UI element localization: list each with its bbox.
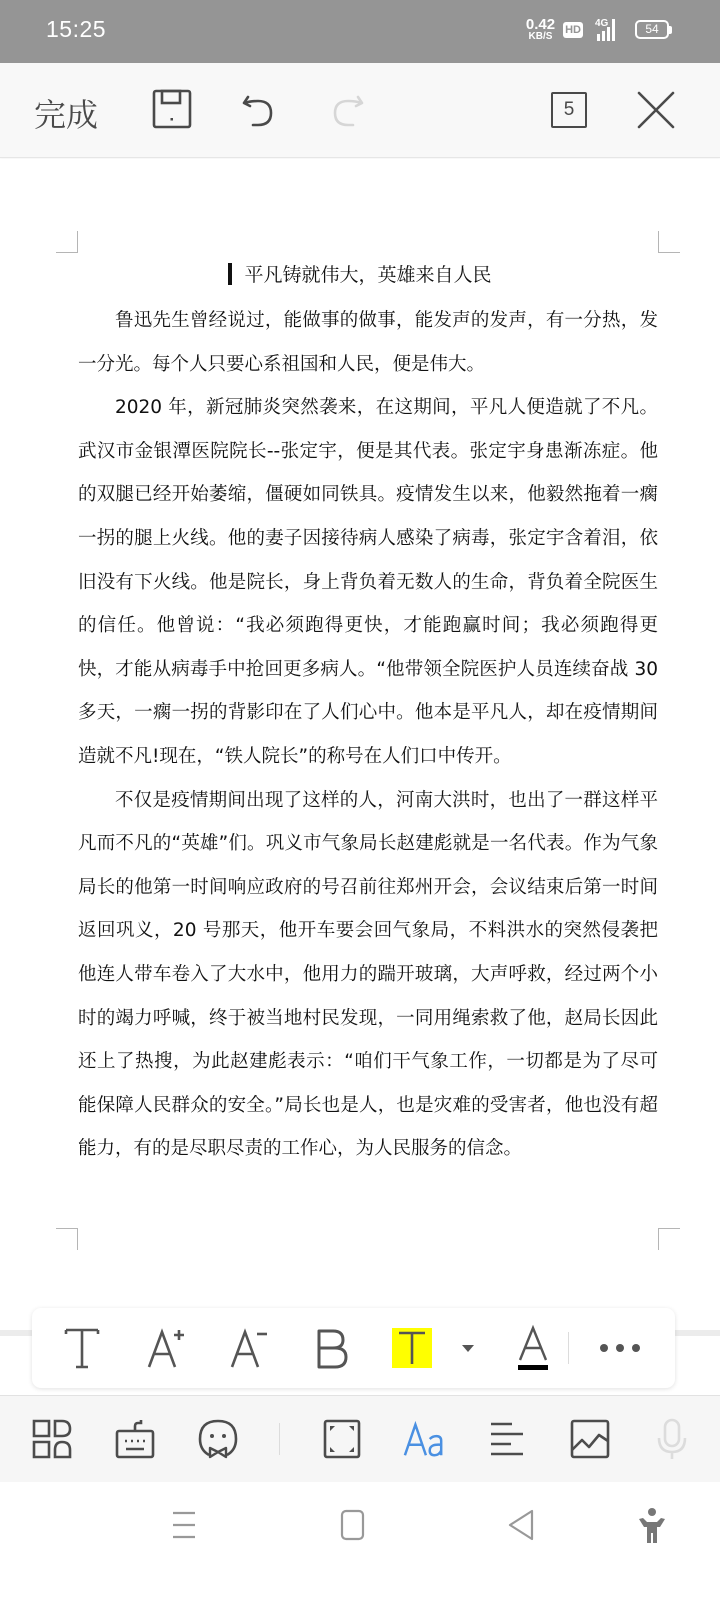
keyboard-icon[interactable] xyxy=(114,1418,156,1460)
toolbar-divider xyxy=(279,1423,280,1455)
network-speed-value: 0.42 xyxy=(526,17,555,32)
signal-icon: 4G xyxy=(591,19,621,41)
paragraph[interactable]: 鲁迅先生曾经说过，能做事的做事，能发声的发声，有一分热，发一分光。每个人只要心系… xyxy=(78,299,658,386)
font-increase-icon xyxy=(146,1326,186,1370)
text-style-icon xyxy=(63,1326,101,1370)
apps-grid-icon[interactable] xyxy=(31,1418,73,1460)
status-time: 15:25 xyxy=(46,16,106,43)
align-left-icon[interactable] xyxy=(486,1418,528,1460)
document-page[interactable]: 平凡铸就伟大，英雄来自人民 鲁迅先生曾经说过，能做事的做事，能发声的发声，有一分… xyxy=(0,159,720,1334)
font-icon[interactable] xyxy=(403,1418,445,1460)
decrease-font-button[interactable] xyxy=(227,1320,271,1376)
bold-icon xyxy=(315,1326,349,1370)
bold-button[interactable] xyxy=(312,1320,352,1376)
font-color-button[interactable] xyxy=(516,1320,550,1376)
redo-icon[interactable] xyxy=(324,87,368,131)
network-speed-unit: KB/S xyxy=(529,32,553,42)
close-icon[interactable] xyxy=(634,88,678,132)
top-toolbar: 完成 5 xyxy=(0,63,720,158)
menu-icon[interactable] xyxy=(166,1507,202,1543)
document-body[interactable]: 鲁迅先生曾经说过，能做事的做事，能发声的发声，有一分热，发一分光。每个人只要心系… xyxy=(78,299,658,1171)
margin-marker xyxy=(56,231,78,253)
status-bar: 15:25 0.42 KB/S HD 4G 54 xyxy=(0,0,720,63)
fullscreen-icon[interactable] xyxy=(321,1418,363,1460)
accessibility-icon[interactable] xyxy=(634,1507,670,1543)
hd-icon: HD xyxy=(563,22,583,38)
paragraph[interactable]: 2020 年，新冠肺炎突然袭来，在这期间，平凡人便造就了不凡。武汉市金银潭医院院… xyxy=(78,386,658,778)
home-icon[interactable] xyxy=(334,1507,370,1543)
margin-marker xyxy=(658,231,680,253)
more-icon xyxy=(598,1343,642,1353)
battery-icon: 54 xyxy=(635,20,672,39)
back-icon[interactable] xyxy=(504,1507,540,1543)
highlight-icon xyxy=(392,1328,432,1368)
done-button[interactable]: 完成 xyxy=(34,90,98,136)
more-button[interactable] xyxy=(598,1320,642,1376)
document-title[interactable]: 平凡铸就伟大，英雄来自人民 xyxy=(78,259,658,291)
increase-font-button[interactable] xyxy=(144,1320,188,1376)
font-color-icon xyxy=(517,1324,549,1372)
paragraph[interactable]: 不仅是疫情期间出现了这样的人，河南大洪时，也出了一群这样平凡而不凡的“英雄”们。… xyxy=(78,779,658,1171)
network-type-label: 4G xyxy=(595,18,608,29)
margin-marker xyxy=(56,1228,78,1250)
save-icon[interactable] xyxy=(150,87,194,131)
image-icon[interactable] xyxy=(569,1418,611,1460)
bottom-toolbar xyxy=(0,1395,720,1482)
status-icons: 0.42 KB/S HD 4G 54 xyxy=(526,17,672,42)
format-toolbar xyxy=(32,1308,675,1388)
emoji-icon[interactable] xyxy=(197,1418,239,1460)
microphone-icon[interactable] xyxy=(651,1418,693,1460)
dropdown-arrow-icon xyxy=(461,1343,475,1353)
page-count-button[interactable]: 5 xyxy=(551,92,587,128)
font-decrease-icon xyxy=(229,1326,269,1370)
highlight-dropdown-button[interactable] xyxy=(458,1320,478,1376)
system-nav-bar xyxy=(0,1482,720,1600)
margin-marker xyxy=(658,1228,680,1250)
battery-level: 54 xyxy=(635,20,669,39)
text-style-button[interactable] xyxy=(62,1320,102,1376)
highlight-button[interactable] xyxy=(390,1320,434,1376)
undo-icon[interactable] xyxy=(238,87,282,131)
toolbar-divider xyxy=(568,1332,569,1364)
network-speed: 0.42 KB/S xyxy=(526,17,555,42)
